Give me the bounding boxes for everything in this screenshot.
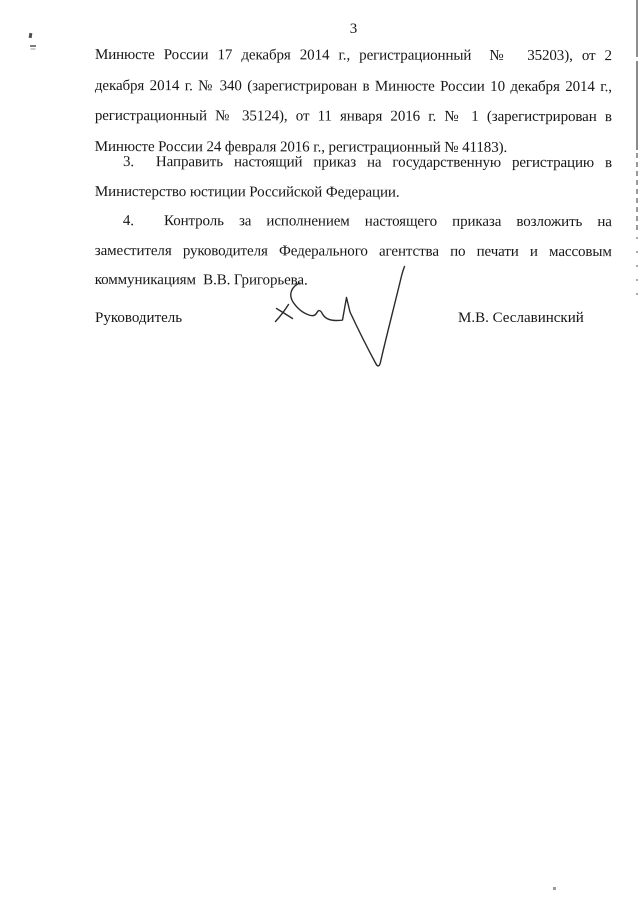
signatory-name: М.В. Сеславинский [458,311,584,326]
text-line: Министерство юстиции Российской Федераци… [95,177,612,208]
handwritten-signature [265,258,415,378]
scanned-document-page: 3 Минюсте России 17 декабря 2014 г., рег… [0,0,640,905]
page-number: 3 [95,22,612,37]
text-line: декабря 2014 г. № 340 (зарегистрирован в… [95,70,612,102]
scan-artifact-speck [29,33,33,38]
scan-artifact-right-edge-dashes [636,153,638,233]
scan-artifact-right-edge-dots [636,237,638,297]
signature-title: Руководитель [95,311,182,326]
text-line: Минюсте России 17 декабря 2014 г., регис… [95,40,612,72]
text-line: 3. Направить настоящий приказ на государ… [95,148,612,179]
signature-cross-stroke [276,305,289,322]
text-line: регистрационный № 35124), от 11 января 2… [95,101,612,133]
scan-artifact-speck [553,887,556,890]
signature-main-stroke [291,267,405,366]
scan-artifact-right-edge-line [636,0,638,57]
paragraph-continuation: Минюсте России 17 декабря 2014 г., регис… [95,40,612,163]
scan-artifact-speck [30,45,36,47]
scan-artifact-right-edge-line [636,61,638,150]
text-line: 4. Контроль за исполнением настоящего пр… [95,207,612,238]
